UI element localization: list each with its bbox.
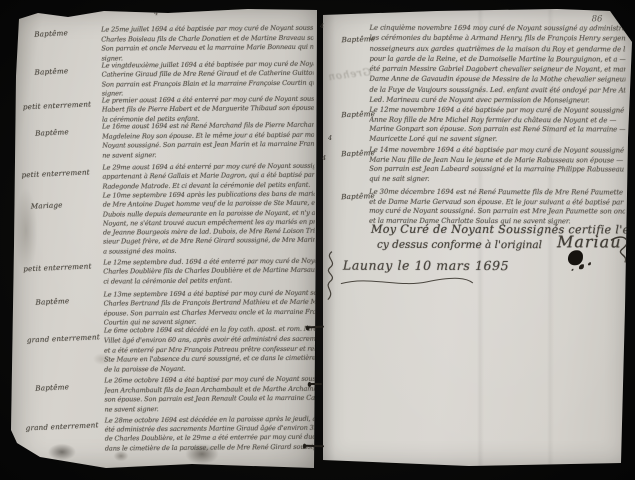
register-entry: grand enterrementLe 6me octobre 1694 est… — [11, 325, 318, 328]
ink-blot — [568, 250, 583, 265]
entry-line: qui ne sait signer. — [369, 175, 625, 185]
mariau-paraph-icon — [609, 234, 632, 266]
catch-mark: 4 — [328, 134, 332, 142]
folio-mark: 4 — [154, 9, 159, 17]
left-page-content: 4 BaptêmeLe 25me juillet 1694 a été bapt… — [10, 6, 318, 472]
entry-line: Le cinquième novembre 1694 moy curé de N… — [370, 23, 626, 34]
entry-line: de la paroisse de Noyant. — [104, 364, 316, 376]
register-entry: BaptêmeLe vingtdeuxième juillet 1694 a é… — [10, 60, 316, 63]
signature-launay: Launay le 10 mars 1695 — [343, 258, 509, 273]
register-entry: BaptêmeLe 26me octobre 1694 a été baptis… — [11, 375, 318, 378]
register-entry: MariageLe 10me septembre 1694 après les … — [10, 190, 318, 193]
bleedthrough-text: Grehon — [327, 67, 372, 83]
right-page-content: 86 Grehon BaptêmeLe cinquième novembre 1… — [319, 8, 632, 468]
conformity-line: cy dessus conforme à l'original — [377, 239, 542, 251]
entry-label: grand enterrement — [27, 332, 100, 344]
entry-line: ne savent signer. — [102, 149, 314, 160]
register-entry: BaptêmeLe 16me aoust 1694 est né René Ma… — [10, 121, 317, 124]
register-entry: petit enterrementLe 12me septembre dud. … — [10, 257, 318, 260]
entry-label: grand enterrement — [25, 420, 98, 432]
entry-label: Baptême — [35, 296, 69, 306]
register-entry: BaptêmeLe 30me décembre 1694 est né René… — [319, 188, 632, 189]
entry-label: Baptême — [34, 28, 68, 38]
signature-flourish-icon — [339, 274, 475, 290]
entry-line: été parrain Messire Gabriel Dagobert che… — [369, 64, 625, 75]
entry-line: Mauricette Loré qui ne savent signer. — [369, 135, 625, 145]
entry-line: pour la garde de la Reine, et de Damoise… — [369, 54, 625, 65]
register-entry: BaptêmeLe 25me juillet 1694 a été baptis… — [10, 24, 316, 27]
entry-line: ci devant la cérémonie del petits enfant… — [103, 275, 315, 286]
register-entry: grand enterrementLe 28me octobre 1694 es… — [12, 415, 318, 418]
entry-line: Led. Marineau curé de Noyant avec permis… — [369, 95, 625, 106]
entry-line: Dame Anne de Gavaudin épouse de Messire … — [369, 74, 625, 85]
register-entry: petit enterrementLe premier aoust 1694 a… — [10, 95, 317, 98]
entry-label: petit enterrement — [23, 261, 92, 273]
document-scan: 4 BaptêmeLe 25me juillet 1694 a été bapt… — [0, 0, 635, 480]
entry-label: Mariage — [31, 200, 63, 210]
entry-label: Baptême — [34, 66, 68, 76]
register-entry: BaptêmeLe 14me novembre 1694 a été bapti… — [319, 146, 632, 147]
entry-label: Baptême — [35, 127, 69, 137]
left-page: 4 BaptêmeLe 25me juillet 1694 a été bapt… — [10, 6, 318, 472]
right-page: 86 Grehon BaptêmeLe cinquième novembre 1… — [319, 8, 632, 468]
catch-mark: 4 — [320, 22, 324, 30]
entry-label: petit enterrement — [21, 167, 90, 179]
catch-mark: 4 — [322, 154, 326, 162]
entry-line: les cérémonies du baptême à Armand Henry… — [370, 33, 626, 44]
entry-line: a soussigné des moins. — [103, 245, 315, 256]
register-entry: petit enterrementLe 29me aoust 1694 a ét… — [10, 162, 317, 165]
entry-label: Baptême — [35, 382, 69, 392]
entry-line: ne savent signer. — [104, 403, 316, 414]
entry-line: dans le cimetière de la paroisse, celle … — [105, 442, 317, 453]
register-entry: BaptêmeLe 12me novembre 1694 a été bapti… — [319, 106, 632, 107]
register-entry: BaptêmeLe 13me septembre 1694 a été bapt… — [10, 289, 318, 292]
entry-line: nosseigneurs aux gardes quatrièmes de la… — [369, 43, 625, 54]
entry-label: petit enterrement — [23, 99, 92, 111]
register-entry: BaptêmeLe cinquième novembre 1694 moy cu… — [320, 23, 632, 24]
entry-line: de la Fuye de Vaujours soussignés. Led. … — [369, 85, 625, 96]
